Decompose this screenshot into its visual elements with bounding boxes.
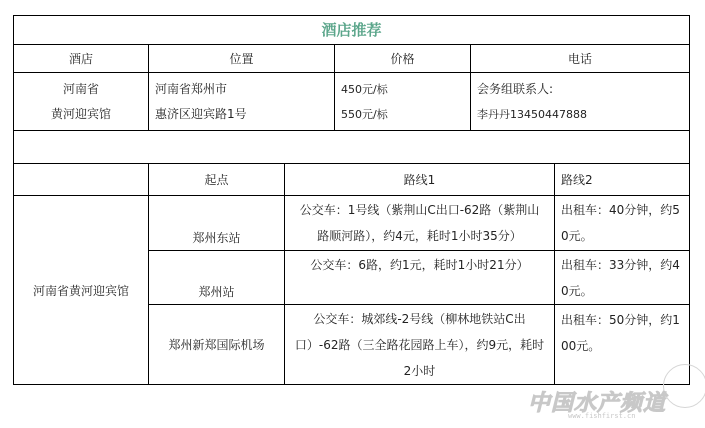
location-line: 河南省郑州市 xyxy=(155,77,227,102)
route2-cell: 出租车：40分钟，约50元。 xyxy=(555,196,689,250)
price-line: 450元/标 xyxy=(341,77,388,102)
route2-cell: 出租车：33分钟，约40元。 xyxy=(555,251,689,304)
origin-cell: 郑州东站 xyxy=(149,196,284,250)
header-hotel: 酒店 xyxy=(14,45,148,72)
hotel-name-line: 河南省 xyxy=(63,77,99,102)
watermark: 中国水产频道 www.fishfirst.cn xyxy=(528,384,698,424)
route1-cell: 公交车：6路，约1元，耗时1小时21分） xyxy=(285,251,554,304)
route-header-route1: 路线1 xyxy=(285,164,554,195)
route1-cell: 公交车：城郊线-2号线（柳林地铁站C出口）-62路（三全路花园路上车），约9元，… xyxy=(285,305,554,385)
watermark-url: www.fishfirst.cn xyxy=(568,412,635,420)
origin-cell: 郑州站 xyxy=(149,251,284,304)
header-location: 位置 xyxy=(149,45,334,72)
hotel-phone-cell: 会务组联系人: 李丹丹13450447888 xyxy=(471,73,689,130)
hotel-price-cell: 450元/标 550元/标 xyxy=(335,73,470,130)
hotel-location-cell: 河南省郑州市 惠济区迎宾路1号 xyxy=(149,73,334,130)
route-header-route2: 路线2 xyxy=(555,164,689,195)
header-phone: 电话 xyxy=(471,45,689,72)
destination-cell: 河南省黄河迎宾馆 xyxy=(14,196,148,385)
route-header-origin: 起点 xyxy=(149,164,284,195)
location-line: 惠济区迎宾路1号 xyxy=(155,102,247,127)
divider xyxy=(14,130,689,131)
route-header-empty xyxy=(14,164,148,195)
price-line: 550元/标 xyxy=(341,102,388,127)
hotel-name-cell: 河南省 黄河迎宾馆 xyxy=(14,73,148,130)
hotel-recommendation-table: 酒店推荐 酒店 位置 价格 电话 河南省 黄河迎宾馆 河南省郑州市 惠济区迎宾路… xyxy=(13,15,690,385)
origin-cell: 郑州新郑国际机场 xyxy=(149,305,284,385)
header-price: 价格 xyxy=(335,45,470,72)
table-title: 酒店推荐 xyxy=(14,16,689,44)
contact-phone: 李丹丹13450447888 xyxy=(477,102,587,127)
contact-label: 会务组联系人: xyxy=(477,77,553,102)
hotel-name-line: 黄河迎宾馆 xyxy=(51,102,111,127)
globe-icon xyxy=(663,364,705,408)
route1-cell: 公交车：1号线（紫荆山C出口-62路（紫荆山路顺河路），约4元，耗时1小时35分… xyxy=(285,196,554,250)
